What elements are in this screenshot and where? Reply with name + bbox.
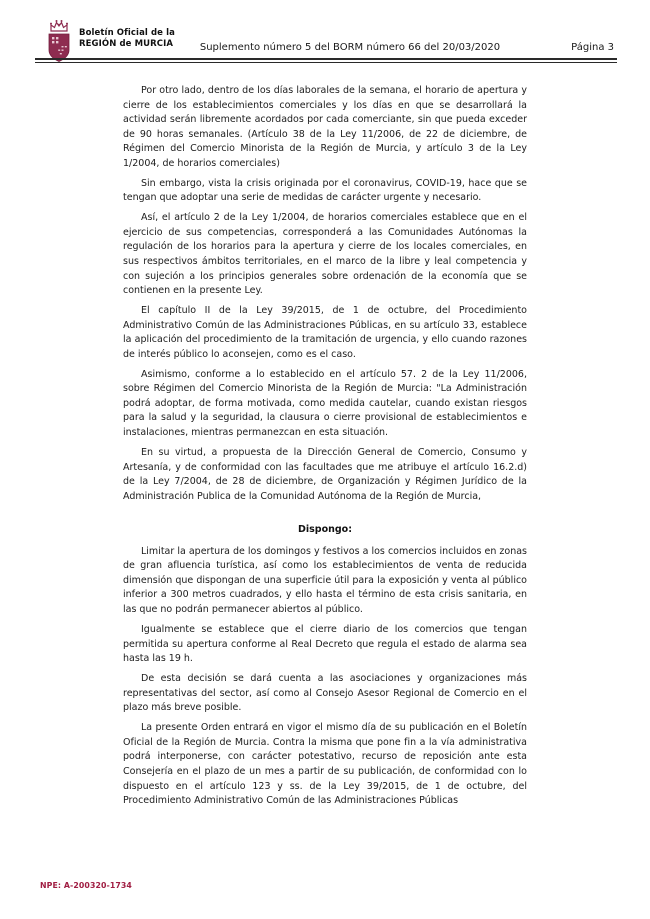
paragraph: La presente Orden entrará en vigor el mi… (123, 721, 527, 808)
borm-document-page: Boletín Oficial de la REGIÓN de MURCIA S… (0, 0, 650, 919)
paragraph: De esta decisión se dará cuenta a las as… (123, 672, 527, 716)
paragraph: El capítulo II de la Ley 39/2015, de 1 d… (123, 304, 527, 362)
npe-reference: NPE: A-200320-1734 (40, 881, 132, 890)
bulletin-masthead: Boletín Oficial de la REGIÓN de MURCIA (79, 28, 175, 50)
paragraph: Sin embargo, vista la crisis originada p… (123, 177, 527, 206)
paragraph: En su virtud, a propuesta de la Direcció… (123, 446, 527, 504)
section-heading: Dispongo: (123, 523, 527, 538)
masthead-line1: Boletín Oficial de la (79, 28, 175, 39)
page-number-label: Página 3 (571, 42, 614, 53)
paragraph: Asimismo, conforme a lo establecido en e… (123, 368, 527, 441)
paragraph: Así, el artículo 2 de la Ley 1/2004, de … (123, 211, 527, 298)
paragraph: Por otro lado, dentro de los días labora… (123, 84, 527, 171)
page-header: Boletín Oficial de la REGIÓN de MURCIA S… (0, 0, 650, 64)
supplement-title: Suplemento número 5 del BORM número 66 d… (170, 42, 530, 53)
header-double-rule (35, 58, 617, 63)
paragraph: Limitar la apertura de los domingos y fe… (123, 545, 527, 618)
murcia-coat-of-arms-icon (40, 17, 78, 63)
paragraph: Igualmente se establece que el cierre di… (123, 623, 527, 667)
document-body: Por otro lado, dentro de los días labora… (123, 84, 527, 814)
masthead-line2: REGIÓN de MURCIA (79, 39, 175, 50)
